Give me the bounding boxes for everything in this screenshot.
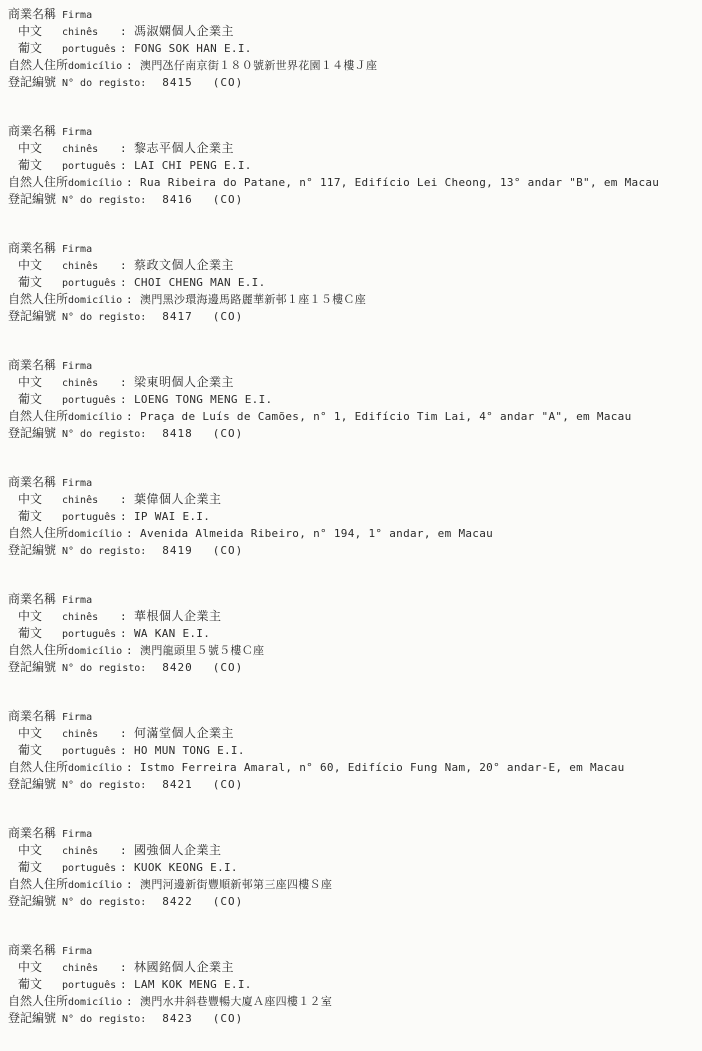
- entry-name-portuguese: HO MUN TONG E.I.: [134, 742, 245, 759]
- colon-separator: :: [120, 842, 134, 859]
- registry-number-row: 登記編號 N° do registo: 8421 (CO): [8, 776, 696, 793]
- firm-header-row: 商業名稱 Firma: [8, 123, 696, 140]
- registry-entry: 商業名稱 Firma 中文 chinês : 林國銘個人企業主 葡文 portu…: [8, 942, 696, 1027]
- domicile-row: 自然人住所 domicílio : Praça de Luís de Camõe…: [8, 408, 696, 425]
- entry-registration-type: (CO): [213, 1010, 244, 1027]
- label-chinese-pt: chinês: [62, 375, 120, 392]
- chinese-name-row: 中文 chinês : 梁東明個人企業主: [8, 374, 696, 391]
- colon-separator: :: [120, 40, 134, 57]
- label-portuguese-pt: português: [62, 860, 120, 877]
- label-registry-zh: 登記編號: [8, 1010, 62, 1027]
- chinese-name-row: 中文 chinês : 何滿堂個人企業主: [8, 725, 696, 742]
- colon-separator: :: [120, 374, 134, 391]
- firm-header-row: 商業名稱 Firma: [8, 942, 696, 959]
- label-domicile-pt: domicílio: [68, 409, 126, 426]
- entry-name-portuguese: IP WAI E.I.: [134, 508, 210, 525]
- label-domicile-zh: 自然人住所: [8, 759, 68, 776]
- chinese-name-row: 中文 chinês : 林國銘個人企業主: [8, 959, 696, 976]
- colon-separator: :: [120, 742, 134, 759]
- chinese-name-row: 中文 chinês : 葉偉個人企業主: [8, 491, 696, 508]
- domicile-row: 自然人住所 domicílio : 澳門龍頭里５號５樓Ｃ座: [8, 642, 696, 659]
- portuguese-name-row: 葡文 português : LAI CHI PENG E.I.: [8, 157, 696, 174]
- colon-separator: :: [120, 508, 134, 525]
- label-registry-zh: 登記編號: [8, 893, 62, 910]
- chinese-name-row: 中文 chinês : 馮淑嫻個人企業主: [8, 23, 696, 40]
- label-registry-zh: 登記編號: [8, 191, 62, 208]
- label-firm-pt: Firma: [62, 7, 120, 24]
- colon-separator: :: [126, 525, 140, 542]
- label-domicile-pt: domicílio: [68, 292, 126, 309]
- entry-name-portuguese: LAI CHI PENG E.I.: [134, 157, 252, 174]
- label-portuguese-zh: 葡文: [8, 391, 62, 408]
- label-domicile-pt: domicílio: [68, 526, 126, 543]
- label-domicile-zh: 自然人住所: [8, 642, 68, 659]
- label-portuguese-pt: português: [62, 41, 120, 58]
- entry-registration-number: 8420: [162, 659, 193, 676]
- registry-number-row: 登記編號 N° do registo: 8420 (CO): [8, 659, 696, 676]
- colon-separator: :: [126, 642, 140, 659]
- entry-registration-type: (CO): [213, 191, 244, 208]
- entry-name-chinese: 華根個人企業主: [134, 608, 222, 625]
- registry-entry: 商業名稱 Firma 中文 chinês : 梁東明個人企業主 葡文 portu…: [8, 357, 696, 442]
- label-registry-pt: N° do registo:: [62, 309, 152, 326]
- label-chinese-pt: chinês: [62, 258, 120, 275]
- label-chinese-pt: chinês: [62, 609, 120, 626]
- label-firm-zh: 商業名稱: [8, 825, 62, 842]
- entry-address: 澳門黑沙環海邊馬路麗華新邨１座１５樓Ｃ座: [140, 291, 366, 308]
- entry-address: 澳門河邊新街豐順新邨第三座四樓Ｓ座: [140, 876, 332, 893]
- label-domicile-zh: 自然人住所: [8, 525, 68, 542]
- label-registry-zh: 登記編號: [8, 659, 62, 676]
- registry-entry: 商業名稱 Firma 中文 chinês : 葉偉個人企業主 葡文 portug…: [8, 474, 696, 559]
- label-portuguese-zh: 葡文: [8, 40, 62, 57]
- colon-separator: :: [126, 408, 140, 425]
- label-portuguese-pt: português: [62, 158, 120, 175]
- entry-name-chinese: 何滿堂個人企業主: [134, 725, 234, 742]
- colon-separator: :: [126, 174, 140, 191]
- entry-name-portuguese: WA KAN E.I.: [134, 625, 210, 642]
- entry-registration-number: 8416: [162, 191, 193, 208]
- entry-name-portuguese: FONG SOK HAN E.I.: [134, 40, 252, 57]
- label-registry-zh: 登記編號: [8, 776, 62, 793]
- label-chinese-pt: chinês: [62, 960, 120, 977]
- colon-separator: :: [120, 608, 134, 625]
- label-portuguese-zh: 葡文: [8, 625, 62, 642]
- registry-entry: 商業名稱 Firma 中文 chinês : 華根個人企業主 葡文 portug…: [8, 591, 696, 676]
- label-registry-zh: 登記編號: [8, 425, 62, 442]
- colon-separator: :: [120, 491, 134, 508]
- colon-separator: :: [120, 859, 134, 876]
- label-firm-pt: Firma: [62, 943, 120, 960]
- portuguese-name-row: 葡文 português : LAM KOK MENG E.I.: [8, 976, 696, 993]
- label-registry-zh: 登記編號: [8, 74, 62, 91]
- label-portuguese-pt: português: [62, 275, 120, 292]
- entry-registration-number: 8421: [162, 776, 193, 793]
- label-chinese-zh: 中文: [8, 842, 62, 859]
- entry-name-chinese: 國強個人企業主: [134, 842, 222, 859]
- entry-registration-type: (CO): [213, 893, 244, 910]
- entry-name-chinese: 梁東明個人企業主: [134, 374, 234, 391]
- label-portuguese-pt: português: [62, 743, 120, 760]
- registry-number-row: 登記編號 N° do registo: 8423 (CO): [8, 1010, 696, 1027]
- label-chinese-zh: 中文: [8, 608, 62, 625]
- entry-registration-type: (CO): [213, 74, 244, 91]
- label-domicile-zh: 自然人住所: [8, 408, 68, 425]
- label-portuguese-zh: 葡文: [8, 157, 62, 174]
- label-portuguese-pt: português: [62, 392, 120, 409]
- entry-registration-type: (CO): [213, 542, 244, 559]
- label-firm-zh: 商業名稱: [8, 357, 62, 374]
- label-domicile-pt: domicílio: [68, 877, 126, 894]
- label-portuguese-pt: português: [62, 977, 120, 994]
- entry-address: Rua Ribeira do Patane, n° 117, Edifício …: [140, 174, 659, 191]
- portuguese-name-row: 葡文 português : FONG SOK HAN E.I.: [8, 40, 696, 57]
- entry-registration-number: 8419: [162, 542, 193, 559]
- registry-entry: 商業名稱 Firma 中文 chinês : 何滿堂個人企業主 葡文 portu…: [8, 708, 696, 793]
- label-portuguese-zh: 葡文: [8, 508, 62, 525]
- chinese-name-row: 中文 chinês : 華根個人企業主: [8, 608, 696, 625]
- chinese-name-row: 中文 chinês : 黎志平個人企業主: [8, 140, 696, 157]
- entry-name-portuguese: LOENG TONG MENG E.I.: [134, 391, 272, 408]
- registry-number-row: 登記編號 N° do registo: 8422 (CO): [8, 893, 696, 910]
- firm-header-row: 商業名稱 Firma: [8, 240, 696, 257]
- entry-address: 澳門氹仔南京街１８０號新世界花園１４樓Ｊ座: [140, 57, 377, 74]
- colon-separator: :: [126, 57, 140, 74]
- entry-registration-number: 8417: [162, 308, 193, 325]
- colon-separator: :: [120, 725, 134, 742]
- entry-name-chinese: 馮淑嫻個人企業主: [134, 23, 234, 40]
- entry-registration-number: 8415: [162, 74, 193, 91]
- registry-number-row: 登記編號 N° do registo: 8418 (CO): [8, 425, 696, 442]
- colon-separator: :: [120, 23, 134, 40]
- entry-name-portuguese: KUOK KEONG E.I.: [134, 859, 238, 876]
- label-portuguese-pt: português: [62, 509, 120, 526]
- label-domicile-pt: domicílio: [68, 994, 126, 1011]
- entry-name-chinese: 葉偉個人企業主: [134, 491, 222, 508]
- colon-separator: :: [120, 625, 134, 642]
- label-chinese-zh: 中文: [8, 140, 62, 157]
- colon-separator: :: [120, 959, 134, 976]
- label-portuguese-zh: 葡文: [8, 976, 62, 993]
- label-firm-pt: Firma: [62, 709, 120, 726]
- entry-address: 澳門水井斜巷豐暢大廈Ａ座四樓１２室: [140, 993, 332, 1010]
- label-firm-zh: 商業名稱: [8, 708, 62, 725]
- label-registry-pt: N° do registo:: [62, 75, 152, 92]
- label-portuguese-pt: português: [62, 626, 120, 643]
- firm-header-row: 商業名稱 Firma: [8, 708, 696, 725]
- colon-separator: :: [120, 140, 134, 157]
- label-registry-pt: N° do registo:: [62, 777, 152, 794]
- label-chinese-zh: 中文: [8, 725, 62, 742]
- firm-header-row: 商業名稱 Firma: [8, 591, 696, 608]
- entry-address: Istmo Ferreira Amaral, n° 60, Edifício F…: [140, 759, 625, 776]
- label-chinese-zh: 中文: [8, 959, 62, 976]
- firm-header-row: 商業名稱 Firma: [8, 825, 696, 842]
- label-firm-pt: Firma: [62, 241, 120, 258]
- entries-list: 商業名稱 Firma 中文 chinês : 馮淑嫻個人企業主 葡文 portu…: [8, 6, 696, 1027]
- domicile-row: 自然人住所 domicílio : 澳門氹仔南京街１８０號新世界花園１４樓Ｊ座: [8, 57, 696, 74]
- label-domicile-pt: domicílio: [68, 643, 126, 660]
- entry-name-chinese: 黎志平個人企業主: [134, 140, 234, 157]
- colon-separator: :: [120, 976, 134, 993]
- colon-separator: :: [120, 274, 134, 291]
- label-domicile-pt: domicílio: [68, 58, 126, 75]
- label-chinese-zh: 中文: [8, 23, 62, 40]
- domicile-row: 自然人住所 domicílio : Istmo Ferreira Amaral,…: [8, 759, 696, 776]
- label-chinese-pt: chinês: [62, 726, 120, 743]
- colon-separator: :: [120, 257, 134, 274]
- label-firm-zh: 商業名稱: [8, 591, 62, 608]
- label-domicile-zh: 自然人住所: [8, 174, 68, 191]
- label-domicile-zh: 自然人住所: [8, 993, 68, 1010]
- domicile-row: 自然人住所 domicílio : 澳門水井斜巷豐暢大廈Ａ座四樓１２室: [8, 993, 696, 1010]
- portuguese-name-row: 葡文 português : CHOI CHENG MAN E.I.: [8, 274, 696, 291]
- entry-name-portuguese: CHOI CHENG MAN E.I.: [134, 274, 266, 291]
- portuguese-name-row: 葡文 português : HO MUN TONG E.I.: [8, 742, 696, 759]
- label-registry-pt: N° do registo:: [62, 660, 152, 677]
- registry-entry: 商業名稱 Firma 中文 chinês : 馮淑嫻個人企業主 葡文 portu…: [8, 6, 696, 91]
- entry-registration-number: 8423: [162, 1010, 193, 1027]
- label-registry-pt: N° do registo:: [62, 1011, 152, 1028]
- label-firm-pt: Firma: [62, 475, 120, 492]
- portuguese-name-row: 葡文 português : WA KAN E.I.: [8, 625, 696, 642]
- label-domicile-zh: 自然人住所: [8, 291, 68, 308]
- domicile-row: 自然人住所 domicílio : 澳門黑沙環海邊馬路麗華新邨１座１５樓Ｃ座: [8, 291, 696, 308]
- domicile-row: 自然人住所 domicílio : Rua Ribeira do Patane,…: [8, 174, 696, 191]
- label-chinese-pt: chinês: [62, 141, 120, 158]
- label-firm-zh: 商業名稱: [8, 240, 62, 257]
- registry-number-row: 登記編號 N° do registo: 8417 (CO): [8, 308, 696, 325]
- domicile-row: 自然人住所 domicílio : 澳門河邊新街豐順新邨第三座四樓Ｓ座: [8, 876, 696, 893]
- registry-number-row: 登記編號 N° do registo: 8415 (CO): [8, 74, 696, 91]
- colon-separator: :: [126, 291, 140, 308]
- label-portuguese-zh: 葡文: [8, 859, 62, 876]
- registry-entry: 商業名稱 Firma 中文 chinês : 蔡政文個人企業主 葡文 portu…: [8, 240, 696, 325]
- entry-registration-number: 8418: [162, 425, 193, 442]
- portuguese-name-row: 葡文 português : IP WAI E.I.: [8, 508, 696, 525]
- label-chinese-zh: 中文: [8, 257, 62, 274]
- firm-header-row: 商業名稱 Firma: [8, 357, 696, 374]
- colon-separator: :: [126, 759, 140, 776]
- label-firm-zh: 商業名稱: [8, 6, 62, 23]
- colon-separator: :: [120, 391, 134, 408]
- entry-address: 澳門龍頭里５號５樓Ｃ座: [140, 642, 264, 659]
- label-registry-pt: N° do registo:: [62, 426, 152, 443]
- colon-separator: :: [126, 993, 140, 1010]
- portuguese-name-row: 葡文 português : LOENG TONG MENG E.I.: [8, 391, 696, 408]
- label-registry-zh: 登記編號: [8, 542, 62, 559]
- registry-page: 商業名稱 Firma 中文 chinês : 馮淑嫻個人企業主 葡文 portu…: [0, 0, 702, 1027]
- entry-registration-number: 8422: [162, 893, 193, 910]
- label-firm-pt: Firma: [62, 826, 120, 843]
- registry-entry: 商業名稱 Firma 中文 chinês : 黎志平個人企業主 葡文 portu…: [8, 123, 696, 208]
- label-chinese-pt: chinês: [62, 24, 120, 41]
- entry-name-portuguese: LAM KOK MENG E.I.: [134, 976, 252, 993]
- firm-header-row: 商業名稱 Firma: [8, 474, 696, 491]
- entry-name-chinese: 林國銘個人企業主: [134, 959, 234, 976]
- registry-entry: 商業名稱 Firma 中文 chinês : 國強個人企業主 葡文 portug…: [8, 825, 696, 910]
- label-firm-zh: 商業名稱: [8, 474, 62, 491]
- entry-registration-type: (CO): [213, 776, 244, 793]
- label-domicile-zh: 自然人住所: [8, 876, 68, 893]
- entry-address: Praça de Luís de Camões, n° 1, Edifício …: [140, 408, 632, 425]
- entry-registration-type: (CO): [213, 308, 244, 325]
- label-portuguese-zh: 葡文: [8, 742, 62, 759]
- colon-separator: :: [126, 876, 140, 893]
- label-registry-pt: N° do registo:: [62, 894, 152, 911]
- label-domicile-pt: domicílio: [68, 175, 126, 192]
- label-registry-pt: N° do registo:: [62, 543, 152, 560]
- label-chinese-zh: 中文: [8, 491, 62, 508]
- label-chinese-zh: 中文: [8, 374, 62, 391]
- entry-name-chinese: 蔡政文個人企業主: [134, 257, 234, 274]
- label-firm-pt: Firma: [62, 358, 120, 375]
- label-firm-zh: 商業名稱: [8, 942, 62, 959]
- label-portuguese-zh: 葡文: [8, 274, 62, 291]
- label-firm-zh: 商業名稱: [8, 123, 62, 140]
- label-domicile-zh: 自然人住所: [8, 57, 68, 74]
- label-domicile-pt: domicílio: [68, 760, 126, 777]
- firm-header-row: 商業名稱 Firma: [8, 6, 696, 23]
- entry-address: Avenida Almeida Ribeiro, n° 194, 1° anda…: [140, 525, 493, 542]
- colon-separator: :: [120, 157, 134, 174]
- portuguese-name-row: 葡文 português : KUOK KEONG E.I.: [8, 859, 696, 876]
- entry-registration-type: (CO): [213, 425, 244, 442]
- label-chinese-pt: chinês: [62, 492, 120, 509]
- label-firm-pt: Firma: [62, 124, 120, 141]
- label-firm-pt: Firma: [62, 592, 120, 609]
- registry-number-row: 登記編號 N° do registo: 8419 (CO): [8, 542, 696, 559]
- chinese-name-row: 中文 chinês : 國強個人企業主: [8, 842, 696, 859]
- registry-number-row: 登記編號 N° do registo: 8416 (CO): [8, 191, 696, 208]
- label-chinese-pt: chinês: [62, 843, 120, 860]
- label-registry-pt: N° do registo:: [62, 192, 152, 209]
- entry-registration-type: (CO): [213, 659, 244, 676]
- domicile-row: 自然人住所 domicílio : Avenida Almeida Ribeir…: [8, 525, 696, 542]
- chinese-name-row: 中文 chinês : 蔡政文個人企業主: [8, 257, 696, 274]
- label-registry-zh: 登記編號: [8, 308, 62, 325]
